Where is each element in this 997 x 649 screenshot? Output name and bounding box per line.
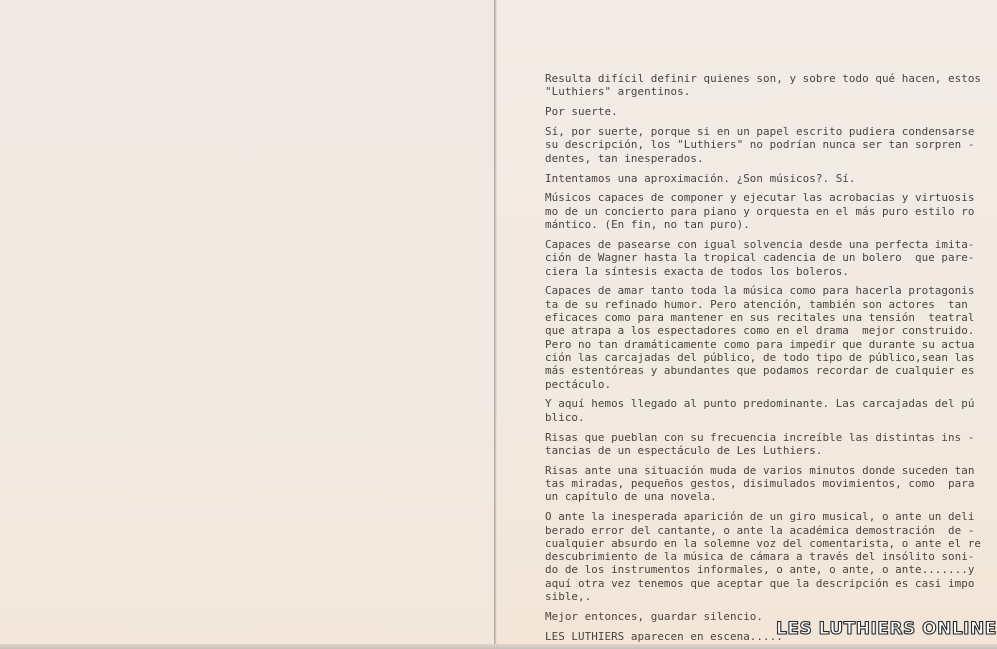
scanned-program-spread: Resulta difícil definir quienes son, y s… [0, 0, 997, 649]
paragraph: Y aquí hemos llegado al punto predominan… [545, 397, 985, 424]
program-text: Resulta difícil definir quienes son, y s… [545, 72, 985, 649]
paragraph: Capaces de pasearse con igual solvencia … [545, 238, 985, 278]
paragraph: Por suerte. [545, 105, 985, 118]
paragraph: Sí, por suerte, porque si en un papel es… [545, 125, 985, 165]
paragraph: Risas que pueblan con su frecuencia incr… [545, 431, 985, 458]
paragraph: Risas ante una situación muda de varios … [545, 464, 985, 504]
paragraph: Resulta difícil definir quienes son, y s… [545, 72, 985, 99]
paragraph: Músicos capaces de componer y ejecutar l… [545, 191, 985, 231]
left-page-blank [0, 0, 494, 649]
paragraph: Intentamos una aproximación. ¿Son músico… [545, 172, 985, 185]
paragraph: Capaces de amar tanto toda la música com… [545, 284, 985, 390]
site-watermark: LES LUTHIERS ONLINE [776, 619, 997, 639]
paragraph: O ante la inesperada aparición de un gir… [545, 510, 985, 603]
